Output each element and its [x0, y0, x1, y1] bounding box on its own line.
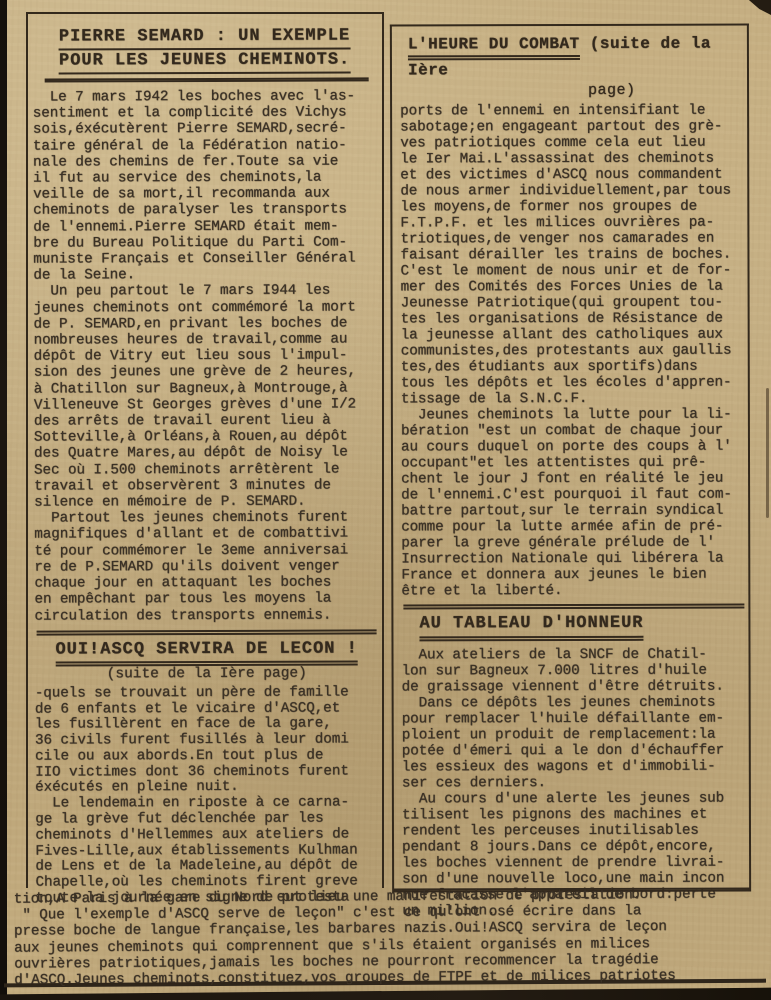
right-section-divider-rule	[403, 604, 744, 610]
article-combat-body: ports de l'ennemi en intensifiant le sab…	[400, 103, 746, 600]
article-semard-headline-line2: POUR LES JEUNES CHEMINOTS.	[59, 49, 350, 74]
article-combat-headline-line2: page)	[588, 81, 636, 101]
left-column-box: PIERRE SEMARD : UN EXEMPLE POUR LES JEUN…	[26, 12, 384, 888]
scan-corner-mark	[745, 0, 771, 15]
article-semard-body: Le 7 mars I942 les boches avec l'as- sen…	[33, 88, 379, 624]
article-combat-headline: L'HEURE DU COMBAT (suite de la Ière page…	[400, 34, 745, 102]
newspaper-page-scan: { "left_column": { "article1": { "title_…	[0, 0, 771, 1000]
article-honneur-headline-text: AU TABLEAU D'HONNEUR	[419, 613, 643, 642]
scan-edge-left	[0, 0, 7, 1000]
article-honneur-headline: AU TABLEAU D'HONNEUR	[401, 613, 746, 642]
article-semard-headline: PIERRE SEMARD : UN EXEMPLE POUR LES JEUN…	[32, 25, 376, 74]
article-ascq-body: -quels se trouvait un père de famille de…	[35, 685, 380, 907]
article-ascq-subtitle: (suite de la Ière page)	[35, 665, 379, 683]
article-semard-headline-line1: PIERRE SEMARD : UN EXEMPLE	[59, 25, 350, 50]
article-combat-headline-main: L'HEURE DU COMBAT	[408, 34, 580, 60]
headline-double-rule	[45, 77, 369, 82]
footer-paragraph: tion,A Paris à la gare du Nord eut lieu …	[14, 886, 767, 988]
scan-edge-bottom	[0, 988, 771, 1000]
article-honneur-body: Aux ateliers de la SNCF de Chatil- lon s…	[402, 647, 748, 920]
scan-edge-smudge	[766, 388, 769, 518]
right-column-box: L'HEURE DU COMBAT (suite de la Ière page…	[390, 24, 751, 889]
article-ascq-headline: OUI!ASCQ SERVIRA DE LECON !	[35, 638, 379, 666]
article-ascq-headline-text: OUI!ASCQ SERVIRA DE LECON !	[55, 638, 358, 666]
left-section-divider-rule	[37, 629, 377, 635]
